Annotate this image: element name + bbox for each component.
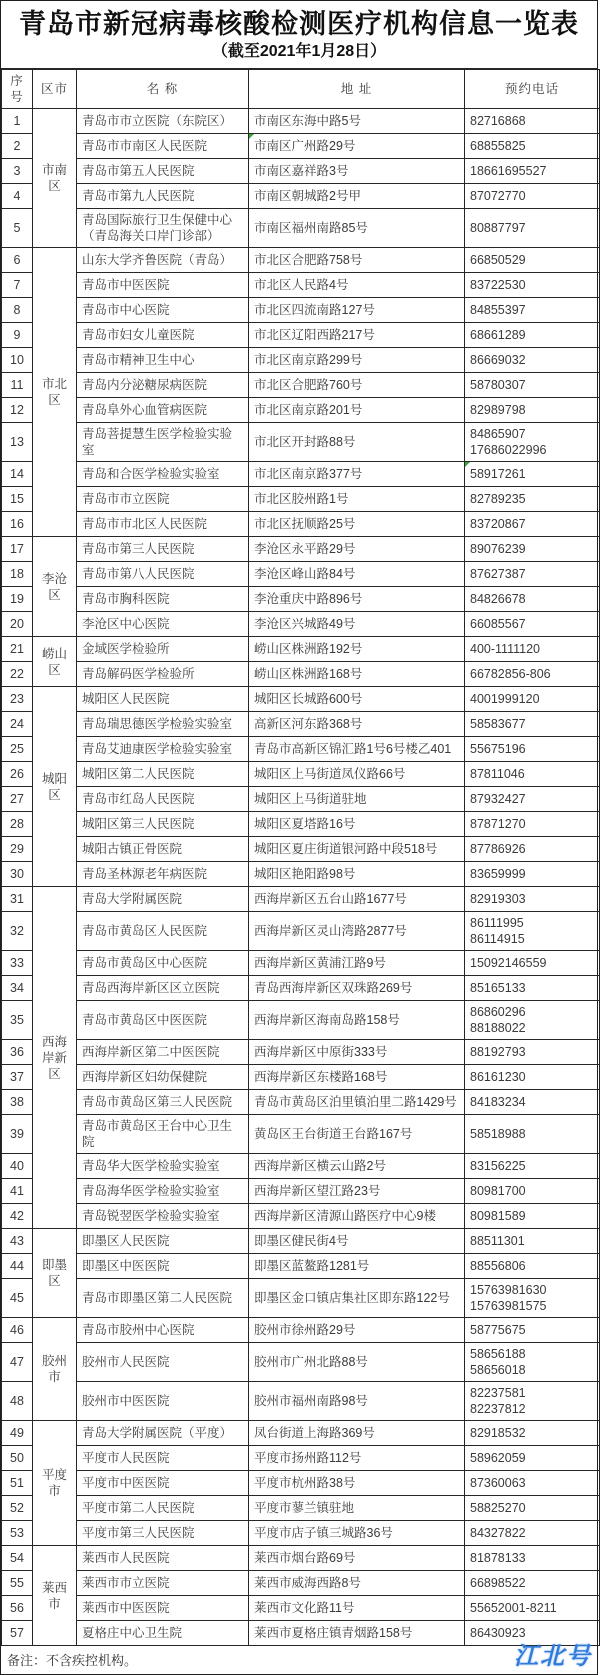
cell-index: 20 [2, 612, 33, 637]
cell-phone: 86669032 [465, 348, 600, 373]
cell-phone: 87932427 [465, 787, 600, 812]
cell-address: 市南区福州南路85号 [249, 209, 465, 248]
cell-name: 青岛市第三人民医院 [77, 537, 249, 562]
table-row: 16青岛市市北区人民医院市北区抚顺路25号83720867 [2, 512, 600, 537]
table-row: 35青岛市黄岛区中医医院西海岸新区海南岛路158号868602968818802… [2, 1001, 600, 1040]
cell-index: 38 [2, 1090, 33, 1115]
cell-address: 即墨区健民街4号 [249, 1229, 465, 1254]
cell-address: 平度市店子镇三城路36号 [249, 1521, 465, 1546]
cell-index: 17 [2, 537, 33, 562]
table-row: 19青岛市胸科医院李沧重庆中路896号84826678 [2, 587, 600, 612]
cell-phone: 89076239 [465, 537, 600, 562]
table-row: 53平度市第三人民医院平度市店子镇三城路36号84327822 [2, 1521, 600, 1546]
cell-index: 57 [2, 1621, 33, 1646]
cell-index: 35 [2, 1001, 33, 1040]
cell-index: 47 [2, 1343, 33, 1382]
cell-index: 48 [2, 1382, 33, 1421]
cell-index: 56 [2, 1596, 33, 1621]
cell-index: 28 [2, 812, 33, 837]
cell-index: 31 [2, 887, 33, 912]
cell-name: 青岛大学附属医院 [77, 887, 249, 912]
cell-phone: 88511301 [465, 1229, 600, 1254]
page-subtitle: （截至2021年1月28日） [5, 41, 593, 63]
cell-phone: 82789235 [465, 487, 600, 512]
table-row: 23城阳区城阳区人民医院城阳区长城路600号4001999120 [2, 687, 600, 712]
cell-index: 15 [2, 487, 33, 512]
table-row: 37西海岸新区妇幼保健院西海岸新区东楼路168号86161230 [2, 1065, 600, 1090]
cell-address: 西海岸新区灵山湾路2877号 [249, 912, 465, 951]
cell-phone: 66850529 [465, 248, 600, 273]
cell-address: 市南区广州路29号 [249, 134, 465, 159]
table-row: 38青岛市黄岛区第三人民医院青岛市黄岛区泊里镇泊里二路1429号84183234 [2, 1090, 600, 1115]
cell-address: 李沧区兴城路49号 [249, 612, 465, 637]
cell-name: 青岛市市立医院 [77, 487, 249, 512]
cell-district: 西海岸新区 [33, 887, 77, 1229]
table-row: 17李沧区青岛市第三人民医院李沧区永平路29号89076239 [2, 537, 600, 562]
cell-name: 青岛市妇女儿童医院 [77, 323, 249, 348]
cell-index: 12 [2, 398, 33, 423]
table-row: 39青岛市黄岛区王台中心卫生院黄岛区王台街道王台路167号58518988 [2, 1115, 600, 1154]
cell-index: 30 [2, 862, 33, 887]
cell-phone: 66085567 [465, 612, 600, 637]
cell-index: 18 [2, 562, 33, 587]
cell-name: 夏格庄中心卫生院 [77, 1621, 249, 1646]
cell-address: 青岛市黄岛区泊里镇泊里二路1429号 [249, 1090, 465, 1115]
cell-phone: 87786926 [465, 837, 600, 862]
table-row: 36西海岸新区第二中医医院西海岸新区中原街333号88192793 [2, 1040, 600, 1065]
cell-address: 市南区朝城路2号甲 [249, 184, 465, 209]
cell-phone: 4001999120 [465, 687, 600, 712]
cell-index: 41 [2, 1179, 33, 1204]
cell-phone: 58825270 [465, 1496, 600, 1521]
cell-index: 25 [2, 737, 33, 762]
cell-district: 市北区 [33, 248, 77, 537]
table-row: 28城阳区第三人民医院城阳区夏塔路16号87871270 [2, 812, 600, 837]
title-block: 青岛市新冠病毒核酸检测医疗机构信息一览表 （截至2021年1月28日） [1, 1, 597, 69]
cell-address: 即墨区金口镇店集社区即东路122号 [249, 1279, 465, 1318]
cell-phone: 86161230 [465, 1065, 600, 1090]
cell-name: 青岛阜外心血管病医院 [77, 398, 249, 423]
table-row: 24青岛瑞思德医学检验实验室高新区河东路368号58583677 [2, 712, 600, 737]
cell-name: 青岛市黄岛区王台中心卫生院 [77, 1115, 249, 1154]
cell-name: 青岛市精神卫生中心 [77, 348, 249, 373]
cell-name: 山东大学齐鲁医院（青岛） [77, 248, 249, 273]
cell-address: 西海岸新区海南岛路158号 [249, 1001, 465, 1040]
cell-district: 即墨区 [33, 1229, 77, 1318]
cell-district: 城阳区 [33, 687, 77, 887]
cell-phone: 86430923 [465, 1621, 600, 1646]
cell-index: 54 [2, 1546, 33, 1571]
cell-address: 西海岸新区东楼路168号 [249, 1065, 465, 1090]
cell-phone: 1576398163015763981575 [465, 1279, 600, 1318]
table-row: 40青岛华大医学检验实验室西海岸新区横云山路2号83156225 [2, 1154, 600, 1179]
table-row: 49平度市青岛大学附属医院（平度）凤台街道上海路369号82918532 [2, 1421, 600, 1446]
cell-index: 22 [2, 662, 33, 687]
cell-address: 西海岸新区黄浦江路9号 [249, 951, 465, 976]
table-row: 55莱西市市立医院莱西市威海西路8号66898522 [2, 1571, 600, 1596]
cell-address: 市北区合肥路758号 [249, 248, 465, 273]
cell-name: 青岛市中医医院 [77, 273, 249, 298]
cell-name: 青岛市市北区人民医院 [77, 512, 249, 537]
cell-index: 23 [2, 687, 33, 712]
cell-name: 青岛市胶州中心医院 [77, 1318, 249, 1343]
cell-phone: 18661695527 [465, 159, 600, 184]
cell-address: 市北区南京路377号 [249, 462, 465, 487]
table-row: 25青岛艾迪康医学检验实验室青岛市高新区锦汇路1号6号楼乙40155675196 [2, 737, 600, 762]
cell-address: 凤台街道上海路369号 [249, 1421, 465, 1446]
cell-address: 西海岸新区五台山路1677号 [249, 887, 465, 912]
cell-index: 21 [2, 637, 33, 662]
cell-address: 平度市蓼兰镇驻地 [249, 1496, 465, 1521]
table-body: 1市南区青岛市市立医院（东院区）市南区东海中路5号827168682青岛市市南区… [2, 109, 600, 1646]
table-row: 56莱西市中医医院莱西市文化路11号55652001-8211 [2, 1596, 600, 1621]
cell-phone: 87627387 [465, 562, 600, 587]
cell-name: 平度市人民医院 [77, 1446, 249, 1471]
cell-index: 4 [2, 184, 33, 209]
cell-index: 50 [2, 1446, 33, 1471]
header-address: 地 址 [249, 70, 465, 109]
cell-index: 46 [2, 1318, 33, 1343]
cell-address: 李沧重庆中路896号 [249, 587, 465, 612]
page-title: 青岛市新冠病毒核酸检测医疗机构信息一览表 [5, 8, 593, 40]
cell-index: 29 [2, 837, 33, 862]
cell-address: 西海岸新区清源山路医疗中心9楼 [249, 1204, 465, 1229]
cell-name: 青岛和合医学检验实验室 [77, 462, 249, 487]
cell-name: 平度市第二人民医院 [77, 1496, 249, 1521]
cell-phone: 88556806 [465, 1254, 600, 1279]
cell-address: 市北区开封路88号 [249, 423, 465, 462]
cell-district: 平度市 [33, 1421, 77, 1546]
cell-index: 49 [2, 1421, 33, 1446]
cell-name: 西海岸新区妇幼保健院 [77, 1065, 249, 1090]
cell-phone: 87871270 [465, 812, 600, 837]
cell-district: 李沧区 [33, 537, 77, 637]
cell-phone: 68661289 [465, 323, 600, 348]
cell-address: 崂山区株洲路192号 [249, 637, 465, 662]
table-row: 44即墨区中医医院即墨区蓝鳌路1281号88556806 [2, 1254, 600, 1279]
cell-name: 青岛菩提慧生医学检验实验室 [77, 423, 249, 462]
cell-name: 青岛圣林源老年病医院 [77, 862, 249, 887]
cell-address: 青岛西海岸新区双珠路269号 [249, 976, 465, 1001]
table-row: 54莱西市莱西市人民医院莱西市烟台路69号81878133 [2, 1546, 600, 1571]
table-row: 46胶州市青岛市胶州中心医院胶州市徐州路29号58775675 [2, 1318, 600, 1343]
cell-index: 26 [2, 762, 33, 787]
cell-phone: 82989798 [465, 398, 600, 423]
cell-address: 青岛市高新区锦汇路1号6号楼乙401 [249, 737, 465, 762]
cell-address: 平度市扬州路112号 [249, 1446, 465, 1471]
cell-index: 16 [2, 512, 33, 537]
table-row: 26城阳区第二人民医院城阳区上马街道凤仪路66号87811046 [2, 762, 600, 787]
cell-address: 胶州市福州南路98号 [249, 1382, 465, 1421]
cell-address: 市北区人民路4号 [249, 273, 465, 298]
cell-name: 青岛市黄岛区第三人民医院 [77, 1090, 249, 1115]
cell-phone: 80887797 [465, 209, 600, 248]
cell-phone: 8686029688188022 [465, 1001, 600, 1040]
cell-index: 36 [2, 1040, 33, 1065]
table-row: 20李沧区中心医院李沧区兴城路49号66085567 [2, 612, 600, 637]
cell-address: 市北区抚顺路25号 [249, 512, 465, 537]
cell-name: 青岛锐翌医学检验实验室 [77, 1204, 249, 1229]
cell-name: 青岛市第五人民医院 [77, 159, 249, 184]
cell-phone: 55675196 [465, 737, 600, 762]
table-row: 9青岛市妇女儿童医院市北区辽阳西路217号68661289 [2, 323, 600, 348]
table-row: 27青岛市红岛人民医院城阳区上马街道驻地87932427 [2, 787, 600, 812]
cell-phone: 66898522 [465, 1571, 600, 1596]
cell-district: 崂山区 [33, 637, 77, 687]
cell-index: 7 [2, 273, 33, 298]
cell-name: 金域医学检验所 [77, 637, 249, 662]
institutions-table: 序号区市名 称地 址预约电话 1市南区青岛市市立医院（东院区）市南区东海中路5号… [1, 69, 600, 1646]
table-row: 57夏格庄中心卫生院莱西市夏格庄镇青烟路158号86430923 [2, 1621, 600, 1646]
cell-index: 37 [2, 1065, 33, 1090]
cell-phone: 88192793 [465, 1040, 600, 1065]
cell-phone: 58518988 [465, 1115, 600, 1154]
table-row: 8青岛市中心医院市北区四流南路127号84855397 [2, 298, 600, 323]
cell-name: 李沧区中心医院 [77, 612, 249, 637]
table-row: 42青岛锐翌医学检验实验室西海岸新区清源山路医疗中心9楼80981589 [2, 1204, 600, 1229]
cell-index: 11 [2, 373, 33, 398]
cell-district: 莱西市 [33, 1546, 77, 1646]
table-row: 48胶州市中医医院胶州市福州南路98号8223758182237812 [2, 1382, 600, 1421]
cell-index: 6 [2, 248, 33, 273]
cell-address: 李沧区永平路29号 [249, 537, 465, 562]
cell-phone: 87072770 [465, 184, 600, 209]
cell-phone: 84327822 [465, 1521, 600, 1546]
cell-name: 青岛解码医学检验所 [77, 662, 249, 687]
comment-marker [249, 134, 254, 139]
cell-index: 42 [2, 1204, 33, 1229]
cell-address: 城阳区上马街道凤仪路66号 [249, 762, 465, 787]
table-row: 18青岛市第八人民医院李沧区峰山路84号87627387 [2, 562, 600, 587]
cell-phone: 80981589 [465, 1204, 600, 1229]
cell-phone: 87811046 [465, 762, 600, 787]
cell-index: 53 [2, 1521, 33, 1546]
cell-name: 青岛市第九人民医院 [77, 184, 249, 209]
cell-phone: 83156225 [465, 1154, 600, 1179]
cell-address: 西海岸新区横云山路2号 [249, 1154, 465, 1179]
cell-address: 城阳区上马街道驻地 [249, 787, 465, 812]
cell-address: 市南区嘉祥路3号 [249, 159, 465, 184]
cell-name: 城阳古镇正骨医院 [77, 837, 249, 862]
cell-name: 城阳区第三人民医院 [77, 812, 249, 837]
cell-name: 青岛市胸科医院 [77, 587, 249, 612]
table-row: 13青岛菩提慧生医学检验实验室市北区开封路88号8486590717686022… [2, 423, 600, 462]
cell-name: 平度市第三人民医院 [77, 1521, 249, 1546]
cell-phone: 58962059 [465, 1446, 600, 1471]
table-row: 11青岛内分泌糖尿病医院市北区合肥路760号58780307 [2, 373, 600, 398]
cell-name: 即墨区中医医院 [77, 1254, 249, 1279]
cell-index: 39 [2, 1115, 33, 1154]
cell-phone: 87360063 [465, 1471, 600, 1496]
cell-phone: 58780307 [465, 373, 600, 398]
cell-address: 市北区南京路201号 [249, 398, 465, 423]
cell-index: 24 [2, 712, 33, 737]
header-phone: 预约电话 [465, 70, 600, 109]
cell-name: 青岛内分泌糖尿病医院 [77, 373, 249, 398]
table-row: 41青岛海华医学检验实验室西海岸新区望江路23号80981700 [2, 1179, 600, 1204]
table-row: 45青岛市即墨区第二人民医院即墨区金口镇店集社区即东路122号157639816… [2, 1279, 600, 1318]
cell-address: 胶州市徐州路29号 [249, 1318, 465, 1343]
cell-phone: 82919303 [465, 887, 600, 912]
table-row: 10青岛市精神卫生中心市北区南京路299号86669032 [2, 348, 600, 373]
cell-name: 青岛西海岸新区区立医院 [77, 976, 249, 1001]
table-row: 31西海岸新区青岛大学附属医院西海岸新区五台山路1677号82919303 [2, 887, 600, 912]
cell-address: 市北区四流南路127号 [249, 298, 465, 323]
table-row: 47胶州市人民医院胶州市广州北路88号5865618858656018 [2, 1343, 600, 1382]
cell-name: 平度市中医医院 [77, 1471, 249, 1496]
cell-address: 平度市杭州路38号 [249, 1471, 465, 1496]
cell-index: 52 [2, 1496, 33, 1521]
cell-phone: 15092146559 [465, 951, 600, 976]
cell-name: 胶州市中医医院 [77, 1382, 249, 1421]
table-row: 30青岛圣林源老年病医院城阳区艳阳路98号83659999 [2, 862, 600, 887]
cell-address: 即墨区蓝鳌路1281号 [249, 1254, 465, 1279]
cell-address: 莱西市文化路11号 [249, 1596, 465, 1621]
table-row: 34青岛西海岸新区区立医院青岛西海岸新区双珠路269号85165133 [2, 976, 600, 1001]
cell-name: 青岛市黄岛区中心医院 [77, 951, 249, 976]
header-name: 名 称 [77, 70, 249, 109]
cell-phone: 68855825 [465, 134, 600, 159]
cell-phone: 66782856-806 [465, 662, 600, 687]
cell-phone: 8486590717686022996 [465, 423, 600, 462]
cell-index: 9 [2, 323, 33, 348]
cell-index: 44 [2, 1254, 33, 1279]
table-row: 3青岛市第五人民医院市南区嘉祥路3号18661695527 [2, 159, 600, 184]
cell-name: 青岛市黄岛区中医医院 [77, 1001, 249, 1040]
table-row: 7青岛市中医医院市北区人民路4号83722530 [2, 273, 600, 298]
cell-address: 市北区辽阳西路217号 [249, 323, 465, 348]
header-district: 区市 [33, 70, 77, 109]
cell-address: 市北区南京路299号 [249, 348, 465, 373]
cell-phone: 8223758182237812 [465, 1382, 600, 1421]
cell-phone: 58917261 [465, 462, 600, 487]
cell-name: 城阳区第二人民医院 [77, 762, 249, 787]
table-row: 12青岛阜外心血管病医院市北区南京路201号82989798 [2, 398, 600, 423]
table-row: 5青岛国际旅行卫生保健中心（青岛海关口岸门诊部）市南区福州南路85号808877… [2, 209, 600, 248]
cell-address: 李沧区峰山路84号 [249, 562, 465, 587]
header-index: 序号 [2, 70, 33, 109]
table-header: 序号区市名 称地 址预约电话 [2, 70, 600, 109]
table-row: 52平度市第二人民医院平度市蓼兰镇驻地58825270 [2, 1496, 600, 1521]
document-sheet: 青岛市新冠病毒核酸检测医疗机构信息一览表 （截至2021年1月28日） 序号区市… [0, 0, 598, 1675]
cell-phone: 83659999 [465, 862, 600, 887]
cell-index: 8 [2, 298, 33, 323]
cell-phone: 81878133 [465, 1546, 600, 1571]
cell-phone: 8611199586114915 [465, 912, 600, 951]
cell-address: 城阳区长城路600号 [249, 687, 465, 712]
cell-phone: 84826678 [465, 587, 600, 612]
table-row: 43即墨区即墨区人民医院即墨区健民街4号88511301 [2, 1229, 600, 1254]
table-row: 1市南区青岛市市立医院（东院区）市南区东海中路5号82716868 [2, 109, 600, 134]
cell-name: 青岛瑞思德医学检验实验室 [77, 712, 249, 737]
cell-phone: 83720867 [465, 512, 600, 537]
cell-address: 胶州市广州北路88号 [249, 1343, 465, 1382]
cell-phone: 5865618858656018 [465, 1343, 600, 1382]
cell-address: 城阳区夏塔路16号 [249, 812, 465, 837]
cell-name: 城阳区人民医院 [77, 687, 249, 712]
table-row: 22青岛解码医学检验所崂山区株洲路168号66782856-806 [2, 662, 600, 687]
cell-address: 崂山区株洲路168号 [249, 662, 465, 687]
cell-index: 55 [2, 1571, 33, 1596]
header-row: 序号区市名 称地 址预约电话 [2, 70, 600, 109]
table-row: 51平度市中医医院平度市杭州路38号87360063 [2, 1471, 600, 1496]
cell-name: 青岛艾迪康医学检验实验室 [77, 737, 249, 762]
cell-index: 5 [2, 209, 33, 248]
cell-phone: 55652001-8211 [465, 1596, 600, 1621]
table-row: 14青岛和合医学检验实验室市北区南京路377号58917261 [2, 462, 600, 487]
cell-index: 1 [2, 109, 33, 134]
cell-name: 青岛华大医学检验实验室 [77, 1154, 249, 1179]
cell-name: 胶州市人民医院 [77, 1343, 249, 1382]
footnote: 备注：不含疾控机构。 [1, 1646, 597, 1674]
cell-index: 27 [2, 787, 33, 812]
table-row: 50平度市人民医院平度市扬州路112号58962059 [2, 1446, 600, 1471]
cell-address: 西海岸新区中原街333号 [249, 1040, 465, 1065]
cell-name: 青岛市中心医院 [77, 298, 249, 323]
cell-address: 城阳区艳阳路98号 [249, 862, 465, 887]
cell-name: 青岛国际旅行卫生保健中心（青岛海关口岸门诊部） [77, 209, 249, 248]
cell-phone: 82716868 [465, 109, 600, 134]
cell-address: 城阳区夏庄街道银河路中段518号 [249, 837, 465, 862]
table-row: 15青岛市市立医院市北区胶州路1号82789235 [2, 487, 600, 512]
cell-address: 西海岸新区望江路23号 [249, 1179, 465, 1204]
table-row: 32青岛市黄岛区人民医院西海岸新区灵山湾路2877号86111995861149… [2, 912, 600, 951]
cell-address: 市南区东海中路5号 [249, 109, 465, 134]
comment-marker [465, 462, 470, 467]
cell-district: 市南区 [33, 109, 77, 248]
cell-phone: 82918532 [465, 1421, 600, 1446]
cell-phone: 80981700 [465, 1179, 600, 1204]
table-row: 4青岛市第九人民医院市南区朝城路2号甲87072770 [2, 184, 600, 209]
table-row: 33青岛市黄岛区中心医院西海岸新区黄浦江路9号15092146559 [2, 951, 600, 976]
cell-address: 市北区胶州路1号 [249, 487, 465, 512]
cell-index: 40 [2, 1154, 33, 1179]
cell-phone: 400-1111120 [465, 637, 600, 662]
cell-index: 45 [2, 1279, 33, 1318]
cell-name: 莱西市中医医院 [77, 1596, 249, 1621]
cell-name: 青岛市市南区人民医院 [77, 134, 249, 159]
cell-name: 青岛市红岛人民医院 [77, 787, 249, 812]
cell-name: 青岛市即墨区第二人民医院 [77, 1279, 249, 1318]
cell-name: 西海岸新区第二中医医院 [77, 1040, 249, 1065]
cell-address: 高新区河东路368号 [249, 712, 465, 737]
cell-district: 胶州市 [33, 1318, 77, 1421]
cell-index: 19 [2, 587, 33, 612]
cell-address: 莱西市夏格庄镇青烟路158号 [249, 1621, 465, 1646]
table-row: 29城阳古镇正骨医院城阳区夏庄街道银河路中段518号87786926 [2, 837, 600, 862]
cell-index: 3 [2, 159, 33, 184]
cell-name: 青岛市市立医院（东院区） [77, 109, 249, 134]
cell-phone: 84855397 [465, 298, 600, 323]
cell-name: 青岛海华医学检验实验室 [77, 1179, 249, 1204]
cell-index: 43 [2, 1229, 33, 1254]
cell-index: 10 [2, 348, 33, 373]
table-row: 6市北区山东大学齐鲁医院（青岛）市北区合肥路758号66850529 [2, 248, 600, 273]
cell-name: 青岛市黄岛区人民医院 [77, 912, 249, 951]
table-row: 2青岛市市南区人民医院市南区广州路29号68855825 [2, 134, 600, 159]
cell-phone: 58775675 [465, 1318, 600, 1343]
cell-phone: 83722530 [465, 273, 600, 298]
cell-phone: 85165133 [465, 976, 600, 1001]
cell-phone: 58583677 [465, 712, 600, 737]
table-row: 21崂山区金域医学检验所崂山区株洲路192号400-1111120 [2, 637, 600, 662]
cell-name: 青岛市第八人民医院 [77, 562, 249, 587]
cell-index: 13 [2, 423, 33, 462]
cell-address: 黄岛区王台街道王台路167号 [249, 1115, 465, 1154]
cell-index: 34 [2, 976, 33, 1001]
cell-name: 莱西市人民医院 [77, 1546, 249, 1571]
cell-name: 青岛大学附属医院（平度） [77, 1421, 249, 1446]
